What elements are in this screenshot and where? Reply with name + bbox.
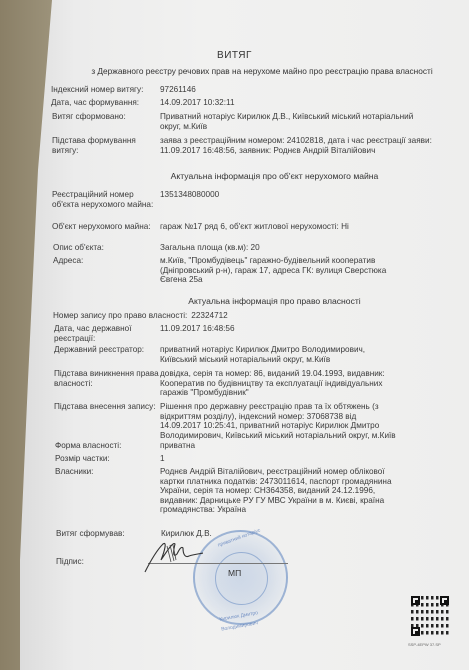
field-value: Приватний нотаріус Кирилюк Д.В., Київськ… xyxy=(160,112,432,131)
field-formed-by-signer: Витяг сформував: Кирилюк Д.В. xyxy=(56,529,356,539)
field-ownership-basis: Підстава виникнення права власності: дов… xyxy=(54,369,394,398)
field-label: Об'єкт нерухомого майна: xyxy=(52,222,160,232)
field-record-number: Номер запису про право власності: 223247… xyxy=(53,311,443,321)
field-label: Власники: xyxy=(55,467,160,515)
field-registration-datetime: Дата, час державної реєстрації: 11.09.20… xyxy=(54,324,444,343)
field-label: Індексний номер витягу: xyxy=(51,85,160,95)
field-label: Номер запису про право власності: xyxy=(53,311,187,321)
qr-code-icon xyxy=(411,596,449,636)
qr-finder xyxy=(411,627,420,636)
field-label: Витяг сформовано: xyxy=(52,112,160,131)
field-label: Дата, час державної реєстрації: xyxy=(54,324,160,343)
field-ownership-form: Форма власності: приватна xyxy=(55,441,445,451)
field-share-size: Розмір частки: 1 xyxy=(55,454,445,464)
field-value: м.Київ, "Промбудівець" гаражно-будівельн… xyxy=(160,256,413,285)
field-label: Підстава виникнення права власності: xyxy=(54,369,160,398)
field-label: Витяг сформував: xyxy=(56,529,161,539)
field-value: 11.09.2017 16:48:56 xyxy=(160,324,444,343)
qr-code-caption: SSP-4EPW 37.SP xyxy=(408,640,441,650)
field-value: 1351348080000 xyxy=(160,190,442,209)
field-value: 1 xyxy=(160,454,445,464)
qr-finder xyxy=(411,596,420,605)
field-value: приватний нотаріус Кирилюк Дмитро Володи… xyxy=(160,345,389,364)
field-object-registration-number: Реєстраційний номер об'єкта нерухомого м… xyxy=(52,190,442,209)
field-value: приватна xyxy=(160,441,445,451)
field-value: 14.09.2017 10:32:11 xyxy=(160,98,441,108)
field-label: Державний реєстратор: xyxy=(54,345,160,364)
field-owners: Власники: Роднєв Андрій Віталійович, реє… xyxy=(55,467,405,515)
signature-label: Підпис: xyxy=(56,557,84,567)
field-address: Адреса: м.Київ, "Промбудівець" гаражно-б… xyxy=(53,256,413,285)
field-real-estate-object: Об'єкт нерухомого майна: гараж №17 ряд 6… xyxy=(52,222,442,232)
field-label: Підстава внесення запису: xyxy=(54,402,160,440)
qr-finder xyxy=(440,596,449,605)
field-label: Опис об'єкта: xyxy=(53,243,160,253)
field-value: Загальна площа (кв.м): 20 xyxy=(160,243,443,253)
stamp-ring-text-bottom: Кирилюк Дмитро Володимирович xyxy=(219,604,287,634)
field-label: Форма власності: xyxy=(55,441,160,451)
field-index-number: Індексний номер витягу: 97261146 xyxy=(51,85,441,95)
field-formed-by: Витяг сформовано: Приватний нотаріус Кир… xyxy=(52,112,432,131)
field-label: Реєстраційний номер об'єкта нерухомого м… xyxy=(52,190,160,209)
field-label: Підстава формування витягу: xyxy=(52,136,160,155)
field-record-basis: Підстава внесення запису: Рішення про де… xyxy=(54,402,399,440)
field-value: 22324712 xyxy=(191,311,227,321)
signature-icon xyxy=(143,540,203,575)
field-object-description: Опис об'єкта: Загальна площа (кв.м): 20 xyxy=(53,243,443,253)
field-value: гараж №17 ряд 6, об'єкт житлової нерухом… xyxy=(160,222,442,232)
object-section-heading: Актуальна інформація про об'єкт нерухомо… xyxy=(40,172,469,182)
stamp-emblem xyxy=(215,552,268,605)
document-title: ВИТЯГ xyxy=(0,51,469,61)
field-formation-datetime: Дата, час формування: 14.09.2017 10:32:1… xyxy=(51,98,441,108)
field-label: Розмір частки: xyxy=(55,454,160,464)
document-subtitle: з Державного реєстру речових прав на нер… xyxy=(62,67,462,77)
field-value: 97261146 xyxy=(160,85,441,95)
field-label: Дата, час формування: xyxy=(51,98,160,108)
stamp-label: МП xyxy=(228,569,241,579)
field-value: Роднєв Андрій Віталійович, реєстраційний… xyxy=(160,467,405,515)
extract-document: ВИТЯГ з Державного реєстру речових прав … xyxy=(0,0,469,670)
field-value: Рішення про державну реєстрацію прав та … xyxy=(160,402,399,440)
field-value: довідка, серія та номер: 86, виданий 19.… xyxy=(160,369,394,398)
rights-section-heading: Актуальна інформація про право власності xyxy=(40,297,469,307)
field-label: Підпис: xyxy=(56,557,84,567)
field-formation-basis: Підстава формування витягу: заява з реєс… xyxy=(52,136,442,155)
field-state-registrar: Державний реєстратор: приватний нотаріус… xyxy=(54,345,389,364)
field-label: Адреса: xyxy=(53,256,160,285)
field-value: заява з реєстраційним номером: 24102818,… xyxy=(160,136,442,155)
